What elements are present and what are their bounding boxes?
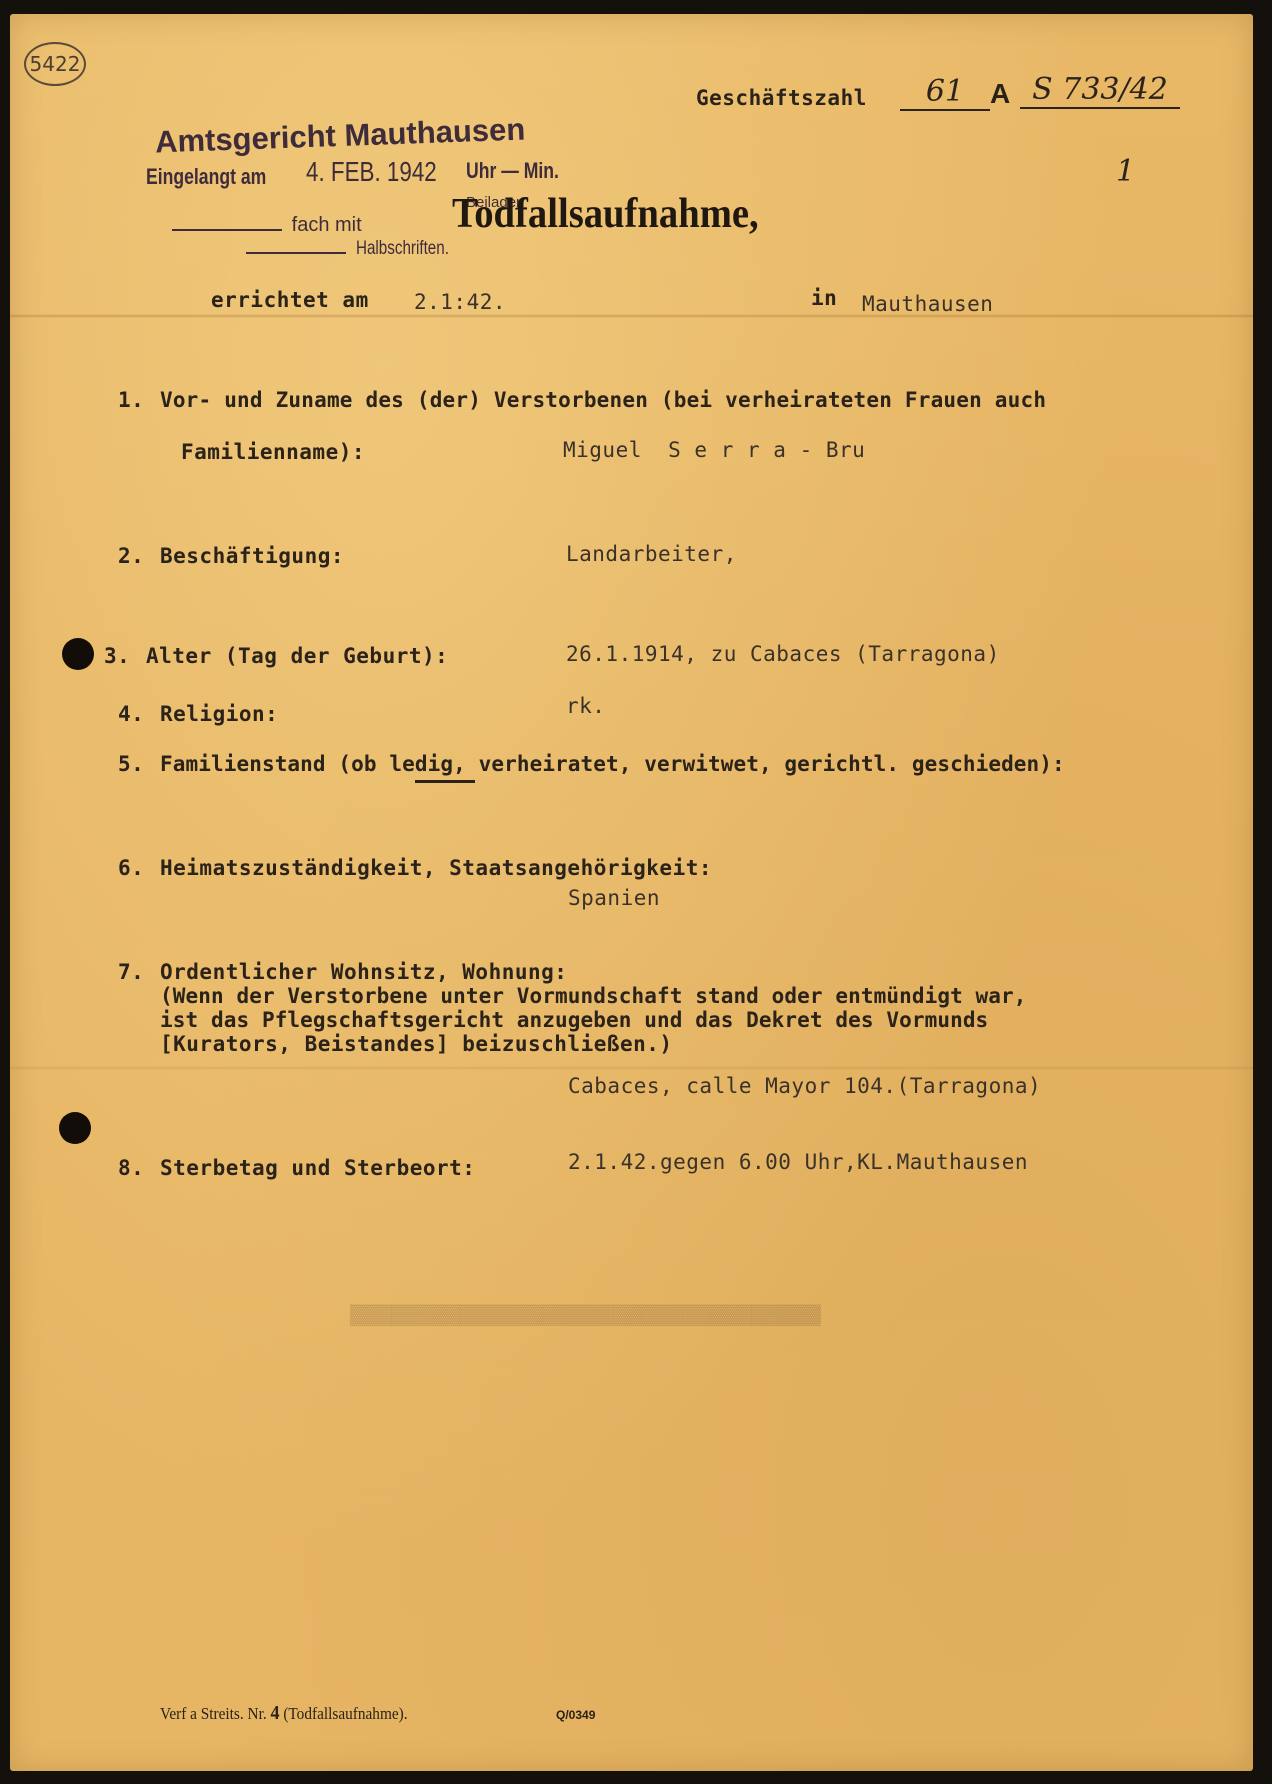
field-5-selection-underline	[415, 780, 475, 783]
stamp-half-copies-blank	[246, 252, 346, 254]
field-1-value-name: Miguel S e r r a - Bru	[563, 438, 865, 462]
field-1-number: 1.	[118, 388, 144, 412]
field-3-value-birth: 26.1.1914, zu Cabaces (Tarragona)	[566, 642, 1000, 666]
case-number-part3: S 733/42	[1020, 72, 1180, 109]
reverse-side-bleedthrough: ▓▓▓▓▓▓▓▓▓▓▓▓▓▓▓▓▓▓▓▓▓▓▓▓▓▓▓▓▓▓▓▓▓▓	[350, 1304, 821, 1326]
form-reference-number: 4	[270, 1702, 279, 1724]
print-code: Q/0349	[556, 1708, 595, 1722]
field-2-label: Beschäftigung:	[160, 544, 344, 568]
case-number-part1: 61	[900, 74, 990, 111]
field-7-note-line-3: [Kurators, Beistandes] beizuschließen.)	[160, 1032, 673, 1056]
field-6-value-nationality: Spanien	[568, 886, 660, 910]
handwritten-page-mark: 1	[1116, 154, 1135, 189]
field-3-label: Alter (Tag der Geburt):	[146, 644, 448, 668]
stamp-half-copies-label: Halbschriften.	[356, 238, 449, 260]
field-5-label-suffix: verheiratet, verwitwet, gerichtl. geschi…	[466, 752, 1065, 776]
court-stamp-name: Amtsgericht Mauthausen	[154, 112, 525, 161]
document-page: 5422 Geschäftszahl 61 A S 733/42 1 Amtsg…	[10, 14, 1253, 1771]
field-4-label: Religion:	[160, 702, 278, 726]
punch-hole-bottom	[59, 1112, 91, 1144]
field-5-label: Familienstand (ob ledig, verheiratet, ve…	[160, 752, 1065, 776]
stamp-time-labels: Uhr — Min.	[466, 158, 559, 184]
field-5-selected-option: ledig,	[389, 752, 465, 776]
field-2-value-occupation: Landarbeiter,	[566, 542, 737, 566]
field-3-number: 3.	[104, 644, 130, 668]
paper-fold-middle	[10, 1066, 1253, 1070]
form-reference-prefix: Verf a Streits. Nr.	[160, 1704, 267, 1723]
case-number-label: Geschäftszahl	[696, 86, 867, 110]
stamp-received-date: 4. FEB. 1942	[306, 156, 437, 188]
field-7-number: 7.	[118, 960, 144, 984]
field-2-number: 2.	[118, 544, 144, 568]
document-title: Todfallsaufnahme,	[452, 190, 759, 238]
place-label: in	[811, 286, 837, 310]
field-7-label: Ordentlicher Wohnsitz, Wohnung:	[160, 960, 567, 984]
stamp-copies-blank	[172, 229, 282, 231]
created-date: 2.1:42.	[414, 290, 506, 314]
field-5-label-prefix: Familienstand (ob	[160, 752, 389, 776]
archive-number-circle: 5422	[24, 42, 86, 86]
case-number-part2: A	[990, 78, 1010, 110]
field-6-number: 6.	[118, 856, 144, 880]
field-4-value-religion: rk.	[566, 694, 605, 718]
field-7-note-line-1: (Wenn der Verstorbene unter Vormundschaf…	[160, 984, 1027, 1008]
punch-hole-top	[62, 638, 94, 670]
field-4-number: 4.	[118, 702, 144, 726]
field-1-label-continued: Familienname):	[181, 440, 365, 464]
place-value: Mauthausen	[862, 292, 993, 316]
field-8-value-death: 2.1.42.gegen 6.00 Uhr,KL.Mauthausen	[568, 1150, 1028, 1174]
stamp-copies-line: fach mit	[172, 214, 362, 237]
field-7-value-residence: Cabaces, calle Mayor 104.(Tarragona)	[568, 1074, 1041, 1098]
stamp-copies-label: fach mit	[292, 214, 362, 236]
field-8-number: 8.	[118, 1156, 144, 1180]
paper-fold-top	[10, 314, 1253, 318]
field-5-number: 5.	[118, 752, 144, 776]
field-8-label: Sterbetag und Sterbeort:	[160, 1156, 475, 1180]
field-7-note-line-2: ist das Pflegschaftsgericht anzugeben un…	[160, 1008, 988, 1032]
created-label: errichtet am	[211, 288, 369, 312]
form-footer: Verf a Streits. Nr. 4 (Todfallsaufnahme)…	[160, 1702, 408, 1725]
stamp-half-copies-line: Halbschriften.	[246, 238, 472, 260]
field-1-label: Vor- und Zuname des (der) Verstorbenen (…	[160, 388, 1046, 412]
form-reference-suffix: (Todfallsaufnahme).	[283, 1704, 407, 1723]
field-6-label: Heimatszuständigkeit, Staatsangehörigkei…	[160, 856, 712, 880]
stamp-received-label: Eingelangt am	[146, 164, 266, 190]
